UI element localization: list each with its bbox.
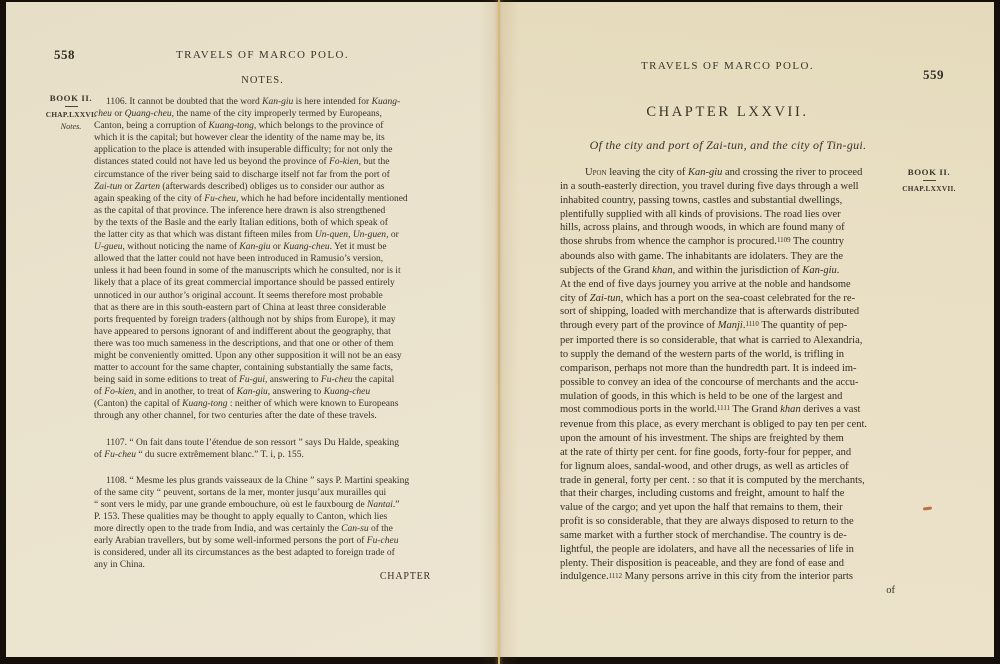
italic-text-run: Zarten	[135, 182, 160, 192]
text-run: allowed that the latter could not have b…	[94, 254, 383, 264]
text-run: revenue from this place, as every mercha…	[560, 419, 867, 430]
text-line: for lignum aloes, sandal-wood, and other…	[560, 460, 895, 474]
text-line: abounds also with game. The inhabitants …	[560, 250, 895, 264]
text-run: application to the place is attended wit…	[94, 145, 392, 155]
text-line: revenue from this place, as every mercha…	[560, 418, 895, 432]
right-running-head: TRAVELS OF MARCO POLO.	[560, 60, 895, 72]
right-page: TRAVELS OF MARCO POLO. 559 CHAPTER LXXVI…	[503, 2, 994, 657]
text-run: being said in some editions to treat of	[94, 375, 239, 385]
footnote-reference: 1109	[777, 237, 791, 244]
italic-text-run: Can-su	[341, 524, 368, 534]
text-run: The country	[791, 236, 844, 247]
text-run: possible to convey an idea of the concou…	[560, 377, 859, 388]
text-run: matter to account for the same chapter, …	[94, 363, 393, 373]
text-run: early Arabian travellers, but by some we…	[94, 536, 367, 546]
text-run: hills, across plains, and through woods,…	[560, 222, 845, 233]
text-run: leaving the city of	[607, 167, 688, 178]
text-run: of the same city “ peuvent, sortans de l…	[94, 488, 386, 498]
text-run: mulation of goods, in this which is held…	[560, 391, 842, 402]
text-run: Canton, being a corruption of	[94, 121, 209, 131]
text-run: : neither of which were known to Europea…	[228, 399, 399, 409]
text-run: of	[94, 387, 104, 397]
text-run: unnoticed in our author’s original accou…	[94, 291, 383, 301]
text-run: of	[94, 450, 104, 460]
text-line: inhabited country, passing towns, castle…	[560, 194, 895, 208]
text-run: of the	[369, 524, 393, 534]
text-run: upon the amount of his investment. The s…	[560, 433, 844, 444]
text-line: hills, across plains, and through woods,…	[560, 221, 895, 235]
paragraph: 1106. It cannot be doubted that the word…	[94, 96, 431, 423]
text-line: lightful, the people are idolaters, and …	[560, 543, 895, 557]
text-run: 1108. “ Mesme les plus grands vaisseaux …	[106, 476, 409, 486]
text-run: same market with a further stock of merc…	[560, 530, 847, 541]
text-line: early Arabian travellers, but by some we…	[94, 535, 431, 547]
italic-text-run: Kan-giu	[237, 387, 268, 397]
margin-rule	[923, 180, 936, 181]
text-run: might be conveniently omitted. Upon any …	[94, 351, 402, 361]
text-run: more directly open to the trade from Ind…	[94, 524, 341, 534]
italic-text-run: Kuang-tong	[209, 121, 254, 131]
text-line: the latter city as that which was distan…	[94, 229, 431, 241]
italic-text-run: U-gueu	[94, 242, 123, 252]
text-run: inhabited country, passing towns, castle…	[560, 195, 842, 206]
text-run: Many persons arrive in this city from th…	[622, 571, 853, 582]
text-run: derives a vast	[801, 404, 861, 415]
text-run: distances stated could not have led us b…	[94, 157, 329, 167]
text-line: sort of shipping, loaded with merchandiz…	[560, 305, 895, 319]
text-run: again speaking of the city of	[94, 194, 204, 204]
footnote-reference: 1112	[609, 573, 622, 580]
text-line: have appeared to persons ignorant of and…	[94, 326, 431, 338]
text-run: “ sont vers le midy, par une grande embo…	[94, 500, 367, 510]
text-run: and crossing the river to proceed	[722, 167, 862, 178]
italic-text-run: Kuang-tong	[182, 399, 227, 409]
paragraph: Upon leaving the city of Kan-giu and cro…	[560, 166, 895, 585]
text-line: trade in general, forty per cent. : so t…	[560, 474, 895, 488]
text-line: Canton, being a corruption of Kuang-tong…	[94, 120, 431, 132]
text-run: likely that a place of its great commerc…	[94, 278, 395, 288]
text-run: have appeared to persons ignorant of and…	[94, 327, 391, 337]
text-line: same market with a further stock of merc…	[560, 529, 895, 543]
text-run: ports frequented by foreign traders (alt…	[94, 315, 396, 325]
text-line: there was too much sameness in the descr…	[94, 338, 431, 350]
text-line: unless it had been found in some of the …	[94, 265, 431, 277]
text-line: of the same city “ peuvent, sortans de l…	[94, 487, 431, 499]
text-run: plentifully supplied with all kinds of p…	[560, 209, 841, 220]
footnote-reference: 1111	[717, 405, 730, 412]
text-line: Upon leaving the city of Kan-giu and cro…	[560, 166, 895, 180]
text-run: 1106. It cannot be doubted that the word	[106, 97, 262, 107]
italic-text-run: Fu-cheu	[367, 536, 399, 546]
italic-text-run: Fu-cheu	[321, 375, 353, 385]
paragraph: 1108. “ Mesme les plus grands vaisseaux …	[94, 475, 431, 572]
italic-text-run: Kan-giu	[802, 265, 836, 276]
text-run: , which has a port on the sea-coast cele…	[621, 293, 855, 304]
text-run: any in China.	[94, 560, 145, 570]
chapter-heading: CHAPTER LXXVII.	[560, 104, 895, 121]
italic-text-run: khan	[652, 265, 672, 276]
text-line: subjects of the Grand khan, and within t…	[560, 264, 895, 278]
text-run: , answering to	[265, 375, 321, 385]
text-line: as the capital of that province. The inf…	[94, 205, 431, 217]
paragraph: 1107. “ On fait dans toute l’étendue de …	[94, 437, 431, 461]
text-run: , answering to	[268, 387, 324, 397]
text-line: value of the cargo; and yet upon the hal…	[560, 501, 895, 515]
text-line: U-gueu, without noticing the name of Kan…	[94, 241, 431, 253]
text-run: the latter city as that which was distan…	[94, 230, 315, 240]
left-running-head: TRAVELS OF MARCO POLO.	[94, 49, 431, 61]
text-run: the capital	[353, 375, 395, 385]
margin-book-label: BOOK II.	[44, 93, 98, 103]
text-run: trade in general, forty per cent. : so t…	[560, 475, 865, 486]
text-line: plentifully supplied with all kinds of p…	[560, 208, 895, 222]
text-line: more directly open to the trade from Ind…	[94, 523, 431, 535]
margin-rule	[65, 106, 78, 107]
italic-text-run: Kuang-cheu	[283, 242, 329, 252]
text-run: The quantity of pep-	[759, 320, 847, 331]
left-page-number: 558	[54, 47, 75, 63]
margin-chapter-label: CHAP.LXXVII.	[901, 184, 957, 193]
left-margin-note: BOOK II. CHAP.LXXVI. Notes.	[44, 93, 98, 131]
text-run: , but the	[359, 157, 390, 167]
text-run: profit is so considerable, that they are…	[560, 516, 854, 527]
text-line: profit is so considerable, that they are…	[560, 515, 895, 529]
text-run: per imported there is so considerable, t…	[560, 335, 862, 346]
text-run: that as there are in this south-eastern …	[94, 303, 386, 313]
text-run: lightful, the people are idolaters, and …	[560, 544, 854, 555]
text-run: which it is the capital; but however cle…	[94, 133, 385, 143]
margin-book-label: BOOK II.	[901, 167, 957, 177]
text-run: is here intended for	[293, 97, 371, 107]
text-run: The Grand	[730, 404, 780, 415]
text-line: ports frequented by foreign traders (alt…	[94, 314, 431, 326]
text-run: value of the cargo; and yet upon the hal…	[560, 502, 843, 513]
text-line: “ sont vers le midy, par une grande embo…	[94, 499, 431, 511]
text-run: most commodious ports in the world.	[560, 404, 717, 415]
left-body-text: 1106. It cannot be doubted that the word…	[94, 96, 431, 571]
text-run: indulgence.	[560, 571, 609, 582]
text-line: that as there are in this south-eastern …	[94, 302, 431, 314]
text-run: , without noticing the name of	[123, 242, 240, 252]
margin-notes-label: Notes.	[44, 122, 98, 131]
text-run: unless it had been found in some of the …	[94, 266, 401, 276]
italic-text-run: Manji	[718, 320, 743, 331]
text-run: .	[837, 265, 840, 276]
text-run: 1107. “ On fait dans toute l’étendue de …	[106, 438, 399, 448]
text-run: At the end of five days journey you arri…	[560, 279, 851, 290]
text-run: P. 153. These qualities may be thought t…	[94, 512, 387, 522]
text-run: , the name of the city improperly termed…	[172, 109, 382, 119]
text-line: to supply the demand of the western part…	[560, 348, 895, 362]
text-line: through every part of the province of Ma…	[560, 319, 895, 334]
footnote-reference: 1110	[745, 321, 758, 328]
text-line: likely that a place of its great commerc…	[94, 277, 431, 289]
italic-text-run: Kuang-cheu	[324, 387, 370, 397]
text-line: Zai-tun or Zarten (afterwards described)…	[94, 181, 431, 193]
italic-text-run: Fu-cheu	[104, 450, 136, 460]
text-run: , or	[386, 230, 399, 240]
italic-text-run: Un-quen	[315, 230, 348, 240]
text-line: application to the place is attended wit…	[94, 144, 431, 156]
italic-text-run: Zai-tun	[94, 182, 122, 192]
text-line: any in China.	[94, 559, 431, 571]
text-run: at the rate of thirty per cent. for fine…	[560, 447, 851, 458]
italic-text-run: Fu-cheu	[204, 194, 236, 204]
text-line: through any other channel, for two centu…	[94, 410, 431, 422]
text-run: through any other channel, for two centu…	[94, 411, 377, 421]
text-line: that their charges, including customs an…	[560, 487, 895, 501]
italic-text-run: Nantai	[367, 500, 393, 510]
text-run: to supply the demand of the western part…	[560, 349, 844, 360]
italic-text-run: Fo-kien	[104, 387, 134, 397]
text-line: indulgence.1112 Many persons arrive in t…	[560, 570, 895, 585]
text-run: city of	[560, 293, 590, 304]
text-line: circumstance of the river being said to …	[94, 169, 431, 181]
text-line: most commodious ports in the world.1111 …	[560, 403, 895, 418]
chapter-subtitle: Of the city and port of Zai-tun, and the…	[543, 138, 913, 153]
text-line: city of Zai-tun, which has a port on the…	[560, 292, 895, 306]
italic-text-run: cheu	[94, 109, 112, 119]
text-line: those shrubs from whence the camphor is …	[560, 235, 895, 250]
book-spread: 558 TRAVELS OF MARCO POLO. NOTES. BOOK I…	[6, 2, 994, 657]
italic-text-run: Fu-gui	[239, 375, 265, 385]
text-run: , and within the jurisdiction of	[673, 265, 803, 276]
small-caps-run: Upon	[585, 167, 607, 178]
text-run: “ du sucre extrêmement blanc.” T. i, p. …	[136, 450, 304, 460]
text-line: 1106. It cannot be doubted that the word…	[94, 96, 431, 108]
text-line: being said in some editions to treat of …	[94, 374, 431, 386]
text-run: by the texts of the Basle and the early …	[94, 218, 388, 228]
text-run: (Canton) the capital of	[94, 399, 182, 409]
text-line: P. 153. These qualities may be thought t…	[94, 511, 431, 523]
text-line: in a south-easterly direction, you trave…	[560, 180, 895, 194]
italic-text-run: khan	[780, 404, 800, 415]
italic-text-run: Kan-giu	[239, 242, 270, 252]
text-run: circumstance of the river being said to …	[94, 170, 390, 180]
text-run: as the capital of that province. The inf…	[94, 206, 385, 216]
text-run: plenty. Their disposition is peaceable, …	[560, 558, 844, 569]
notes-heading: NOTES.	[94, 75, 431, 86]
italic-text-run: Un-guen	[353, 230, 386, 240]
text-run: that their charges, including customs an…	[560, 488, 844, 499]
text-run: abounds also with game. The inhabitants …	[560, 251, 843, 262]
text-line: unnoticed in our author’s original accou…	[94, 290, 431, 302]
text-run: , which he had before incidentally menti…	[236, 194, 408, 204]
right-catchword: of	[560, 585, 896, 596]
text-run: or	[271, 242, 284, 252]
right-page-number: 559	[923, 67, 944, 83]
text-run: those shrubs from whence the camphor is …	[560, 236, 777, 247]
text-line: matter to account for the same chapter, …	[94, 362, 431, 374]
text-line: might be conveniently omitted. Upon any …	[94, 350, 431, 362]
text-line: mulation of goods, in this which is held…	[560, 390, 895, 404]
left-catchword: CHAPTER	[94, 571, 440, 582]
italic-text-run: Zai-tun	[590, 293, 621, 304]
book-photo: 558 TRAVELS OF MARCO POLO. NOTES. BOOK I…	[0, 0, 1000, 664]
text-line: (Canton) the capital of Kuang-tong : nei…	[94, 398, 431, 410]
text-line: per imported there is so considerable, t…	[560, 334, 895, 348]
italic-text-run: Kan-giu	[688, 167, 722, 178]
text-line: which it is the capital; but however cle…	[94, 132, 431, 144]
text-run: through every part of the province of	[560, 320, 718, 331]
text-line: plenty. Their disposition is peaceable, …	[560, 557, 895, 571]
text-run: subjects of the Grand	[560, 265, 652, 276]
text-run: there was too much sameness in the descr…	[94, 339, 393, 349]
text-line: of Fo-kien, and in another, to treat of …	[94, 386, 431, 398]
text-run: comparison, perhaps not more than the hu…	[560, 363, 857, 374]
text-run: .”	[393, 500, 400, 510]
right-body-text: Upon leaving the city of Kan-giu and cro…	[560, 166, 895, 585]
text-run: is considered, under all its circumstanc…	[94, 548, 395, 558]
italic-text-run: Kan-giu	[262, 97, 293, 107]
left-page: 558 TRAVELS OF MARCO POLO. NOTES. BOOK I…	[6, 2, 503, 657]
italic-text-run: Quang-cheu	[125, 109, 172, 119]
text-line: cheu or Quang-cheu, the name of the city…	[94, 108, 431, 120]
text-line: by the texts of the Basle and the early …	[94, 217, 431, 229]
text-line: At the end of five days journey you arri…	[560, 278, 895, 292]
text-run: (afterwards described) obliges us to con…	[160, 182, 385, 192]
italic-text-run: Fo-kien	[329, 157, 359, 167]
text-line: allowed that the latter could not have b…	[94, 253, 431, 265]
text-line: 1107. “ On fait dans toute l’étendue de …	[94, 437, 431, 449]
text-line: is considered, under all its circumstanc…	[94, 547, 431, 559]
text-run: in a south-easterly direction, you trave…	[560, 181, 859, 192]
text-line: again speaking of the city of Fu-cheu, w…	[94, 193, 431, 205]
text-line: 1108. “ Mesme les plus grands vaisseaux …	[94, 475, 431, 487]
text-line: comparison, perhaps not more than the hu…	[560, 362, 895, 376]
text-line: of Fu-cheu “ du sucre extrêmement blanc.…	[94, 449, 431, 461]
right-margin-note: BOOK II. CHAP.LXXVII.	[901, 167, 957, 193]
text-line: possible to convey an idea of the concou…	[560, 376, 895, 390]
text-run: , and in another, to treat of	[134, 387, 237, 397]
text-run: . Yet it must be	[330, 242, 387, 252]
text-line: at the rate of thirty per cent. for fine…	[560, 446, 895, 460]
text-run: for lignum aloes, sandal-wood, and other…	[560, 461, 849, 472]
text-run: , which belongs to the province of	[254, 121, 384, 131]
text-line: upon the amount of his investment. The s…	[560, 432, 895, 446]
text-run: or	[122, 182, 135, 192]
margin-chapter-label: CHAP.LXXVI.	[44, 110, 98, 119]
text-run: sort of shipping, loaded with merchandiz…	[560, 306, 859, 317]
text-line: distances stated could not have led us b…	[94, 156, 431, 168]
italic-text-run: Kuang-	[372, 97, 401, 107]
text-run: or	[112, 109, 125, 119]
